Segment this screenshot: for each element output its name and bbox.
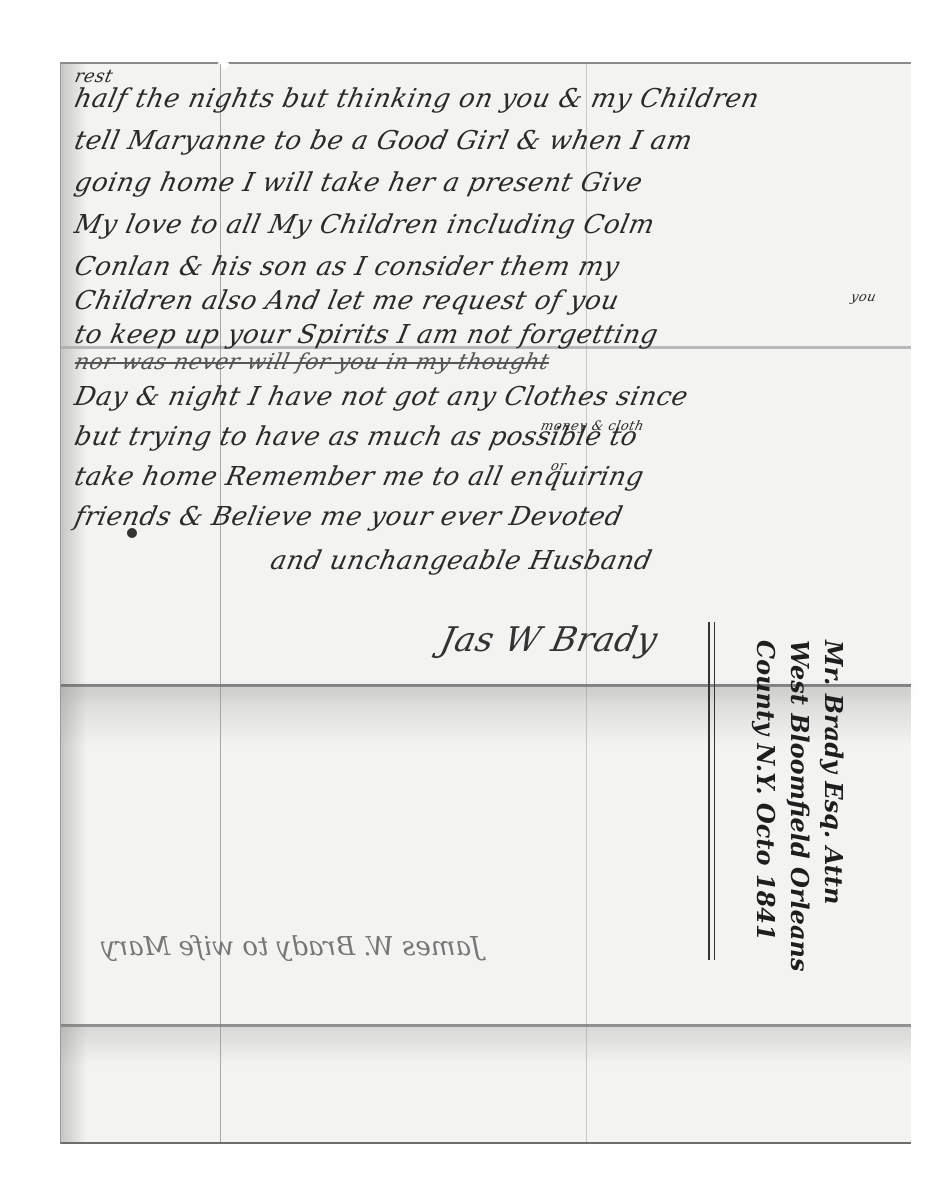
signature: Jas W Brady (437, 620, 661, 660)
letter-line: Children also And let me request of you (72, 286, 622, 316)
address-line: County N.Y. Octo 1841 (748, 640, 782, 960)
bleed-through-text: James W. Brady to wife Mary (101, 932, 481, 962)
address-line: West Bloomfield Orleans (782, 640, 816, 960)
letter-line: Day & night I have not got any Clothes s… (72, 382, 691, 412)
interlinear-note: you (849, 290, 877, 305)
stain (61, 1026, 911, 1066)
address-line: Mr. Brady Esq. Attn (816, 640, 850, 960)
letter-line: half the nights but thinking on you & my… (72, 84, 762, 114)
letter-page: rest half the nights but thinking on you… (60, 62, 911, 1144)
letter-line: to keep up your Spirits I am not forgett… (72, 320, 661, 350)
letter-line: friends & Believe me your ever Devoted (72, 502, 626, 532)
letter-line: tell Maryanne to be a Good Girl & when I… (72, 126, 696, 156)
letter-line: but trying to have as much as possible t… (72, 422, 641, 452)
letter-line: My love to all My Children including Col… (72, 210, 658, 240)
letter-line: Conlan & his son as I consider them my (72, 252, 622, 282)
address-block: Mr. Brady Esq. Attn West Bloomfield Orle… (710, 640, 850, 960)
letter-line-struck: nor was never will for you in my thought (72, 350, 551, 375)
closing-line: and unchangeable Husband (268, 546, 655, 576)
letter-line: going home I will take her a present Giv… (72, 168, 646, 198)
letter-line: take home Remember me to all enquiring (72, 462, 647, 492)
